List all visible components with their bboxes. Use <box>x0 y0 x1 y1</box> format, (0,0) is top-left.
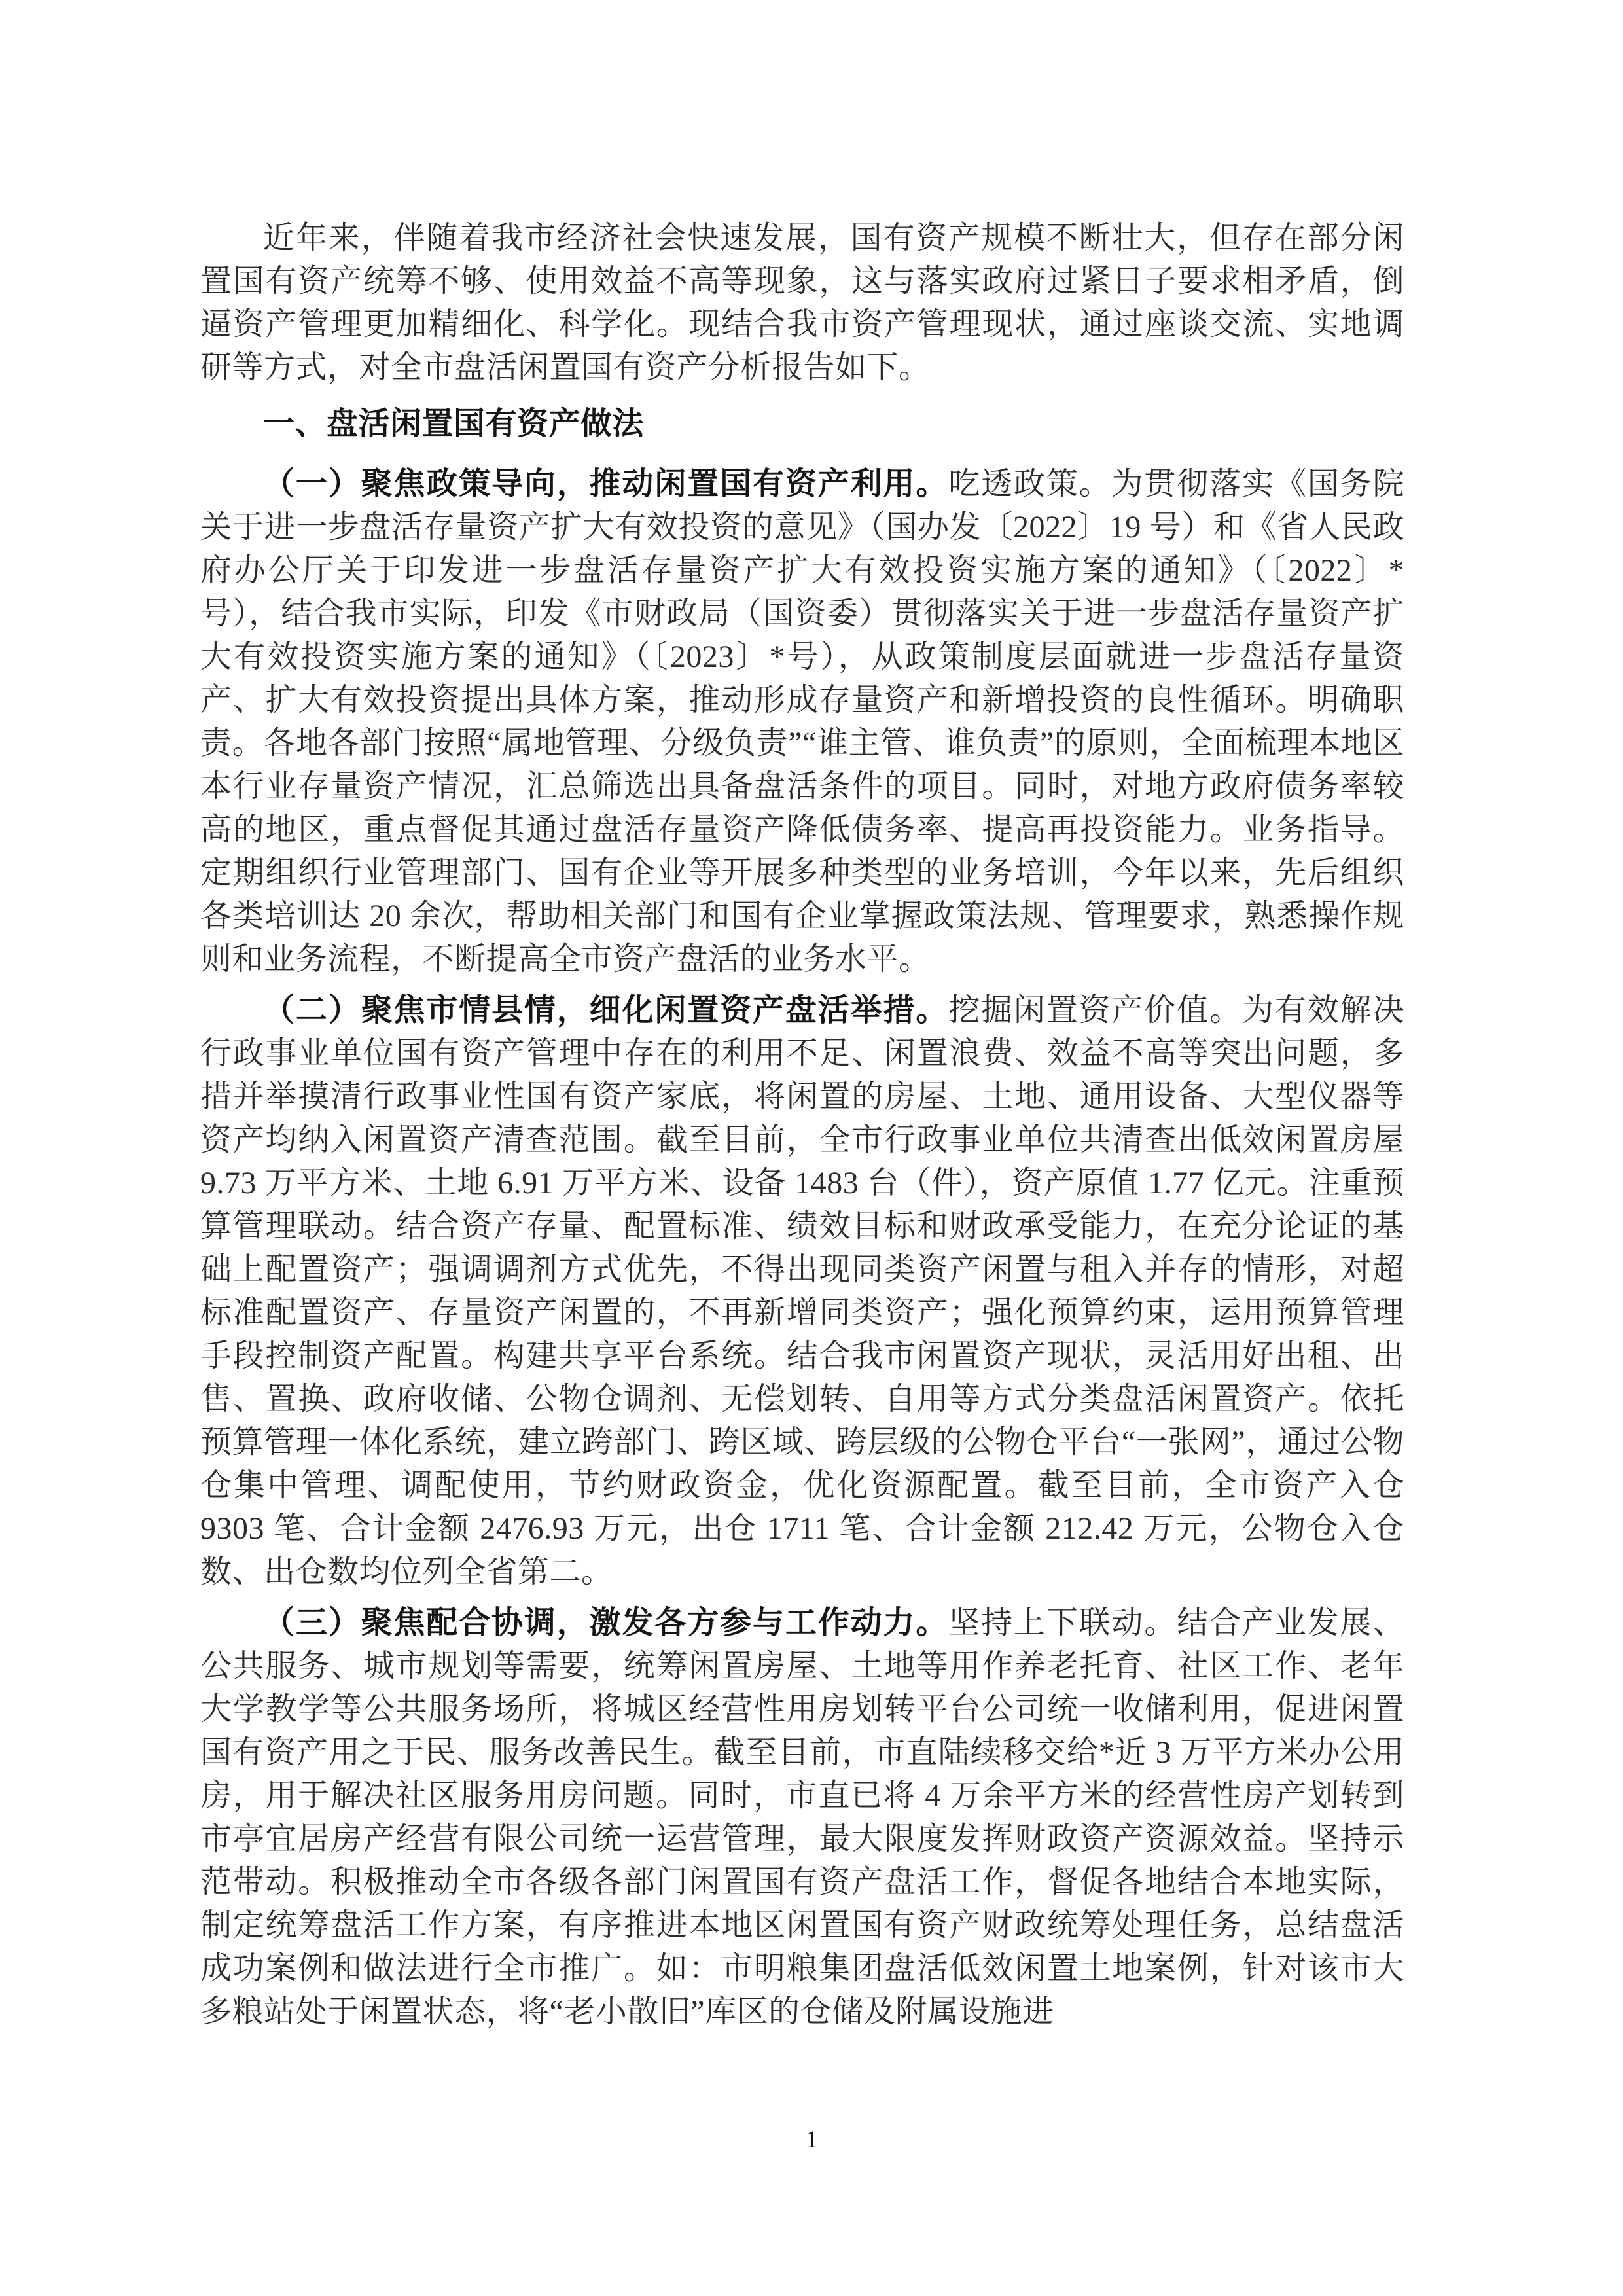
intro-paragraph: 近年来，伴随着我市经济社会快速发展，国有资产规模不断壮大，但存在部分闲置国有资产… <box>200 217 1404 389</box>
section-1-body: 吃透政策。为贯彻落实《国务院关于进一步盘活存量资产扩大有效投资的意见》（国办发〔… <box>200 467 1404 977</box>
section-3-paragraph: （三）聚焦配合协调，激发各方参与工作动力。坚持上下联动。结合产业发展、公共服务、… <box>200 1602 1404 2034</box>
page-footer: 1 <box>0 2126 1623 2155</box>
section-heading: 一、盘活闲置国有资产做法 <box>200 403 1404 446</box>
document-body: 近年来，伴随着我市经济社会快速发展，国有资产规模不断壮大，但存在部分闲置国有资产… <box>200 217 1404 2034</box>
section-2-lead: （二）聚焦市情县情，细化闲置资产盘活举措。 <box>263 993 948 1028</box>
section-2-paragraph: （二）聚焦市情县情，细化闲置资产盘活举措。挖掘闲置资产价值。为有效解决行政事业单… <box>200 989 1404 1594</box>
section-3-body: 坚持上下联动。结合产业发展、公共服务、城市规划等需要，统筹闲置房屋、土地等用作养… <box>200 1605 1404 2029</box>
section-3-lead: （三）聚焦配合协调，激发各方参与工作动力。 <box>263 1605 948 1640</box>
document-page: 近年来，伴随着我市经济社会快速发展，国有资产规模不断壮大，但存在部分闲置国有资产… <box>0 0 1623 2296</box>
section-1-lead: （一）聚焦政策导向，推动闲置国有资产利用。 <box>263 467 948 501</box>
section-2-body: 挖掘闲置资产价值。为有效解决行政事业单位国有资产管理中存在的利用不足、闲置浪费、… <box>200 993 1404 1589</box>
page-number: 1 <box>806 2126 818 2153</box>
section-1-paragraph: （一）聚焦政策导向，推动闲置国有资产利用。吃透政策。为贯彻落实《国务院关于进一步… <box>200 463 1404 981</box>
